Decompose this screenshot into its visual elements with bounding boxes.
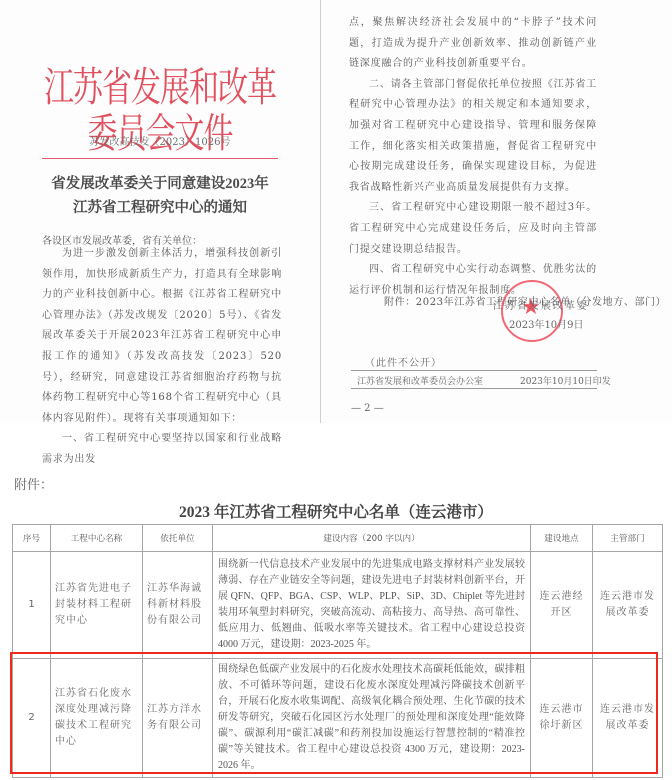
- column-header-unit: 依托单位: [143, 525, 213, 552]
- cell-location: 连云港经开区: [531, 552, 593, 659]
- notice-body-left: 为进一步激发创新主体活力，增强科技创新引领作用，加快形成新质生产力，打造具有全球…: [42, 244, 282, 471]
- column-header-no: 序号: [13, 525, 51, 552]
- cell-location: 连云港市徐圩新区: [531, 659, 593, 778]
- body-paragraph: 点，聚焦解决经济社会发展中的“卡脖子”技术问题，打造成为提升产业创新效率、推动创…: [349, 13, 597, 75]
- footer-divider-bottom: [351, 388, 597, 389]
- column-header-location: 建设地点: [531, 525, 593, 552]
- table-header-row: 序号 工程中心名称 依托单位 建设内容（200 字以内） 建设地点 主管部门: [13, 525, 663, 552]
- attachment-label: 附件：: [14, 474, 53, 493]
- cell-content: 围绕新一代信息技术产业发展中的先进集成电路支撑材料产业发展较薄弱、存在产业链安全…: [213, 552, 531, 659]
- footer-print-date: 2023年10月10日印发: [520, 374, 611, 387]
- footer-divider-top: [351, 370, 597, 371]
- issue-date: 2023年10月9日: [509, 316, 584, 331]
- confidentiality-note: （此件不公开）: [365, 354, 442, 369]
- notice-body-right: 点，聚焦解决经济社会发展中的“卡脖子”技术问题，打造成为提升产业创新效率、推动创…: [349, 13, 597, 301]
- attachment-title: 2023 年江苏省工程研究中心名单（连云港市）: [0, 500, 672, 522]
- cell-center-name: 江苏省先进电子封装材料工程研究中心: [51, 552, 143, 659]
- body-paragraph: 为进一步激发创新主体活力，增强科技创新引领作用，加快形成新质生产力，打造具有全球…: [42, 244, 282, 429]
- notice-title: 省发展改革委关于同意建设2023年 江苏省工程研究中心的通知: [0, 172, 320, 220]
- cell-department: 连云港市发展改革委: [593, 659, 663, 778]
- cell-host-unit: 江苏华海诚科新材料股份有限公司: [143, 552, 213, 659]
- page-number: — 2 —: [351, 403, 384, 414]
- issuer-name: 江苏省发展改革委: [493, 297, 589, 312]
- column-header-department: 主管部门: [593, 525, 663, 552]
- footer-office: 江苏省发展和改革委员会办公室: [357, 374, 483, 387]
- cell-department: 连云港市发展改革委: [593, 552, 663, 659]
- column-header-name: 工程中心名称: [51, 525, 143, 552]
- letterhead-divider: [42, 158, 278, 159]
- cell-no: 1: [13, 552, 51, 659]
- table-row: 1 江苏省先进电子封装材料工程研究中心 江苏华海诚科新材料股份有限公司 围绕新一…: [13, 552, 663, 659]
- notice-page-left: 江苏省发展和改革委员会文件 苏发改高技发〔2023〕1026号 省发展改革委关于…: [0, 0, 321, 423]
- table-row-highlighted: 2 江苏省石化废水深度处理减污降碳技术工程研究中心 江苏方洋水务有限公司 围绕绿…: [13, 659, 663, 778]
- cell-host-unit: 江苏方洋水务有限公司: [143, 659, 213, 778]
- body-paragraph: 一、省工程研究中心要坚持以国家和行业战略需求为出发: [42, 429, 282, 470]
- body-paragraph: 二、请各主管部门督促依托单位按照《江苏省工程研究中心管理办法》的相关规定和本通知…: [349, 75, 597, 199]
- cell-no: 2: [13, 659, 51, 778]
- cell-content: 围绕绿色低碳产业发展中的石化废水处理技术高碳耗低能效，碳排粗放、不可循环等问题，…: [213, 659, 531, 778]
- cell-center-name: 江苏省石化废水深度处理减污降碳技术工程研究中心: [51, 659, 143, 778]
- notice-title-line1: 省发展改革委关于同意建设2023年: [0, 172, 320, 196]
- engineering-centers-table: 序号 工程中心名称 依托单位 建设内容（200 字以内） 建设地点 主管部门 1…: [12, 524, 663, 778]
- body-paragraph: 三、省工程研究中心建设期限一般不超过3年。省工程研究中心完成建设任务后，应及时向…: [349, 198, 597, 260]
- notice-page-right: 点，聚焦解决经济社会发展中的“卡脖子”技术问题，打造成为提升产业创新效率、推动创…: [321, 0, 672, 423]
- document-number: 苏发改高技发〔2023〕1026号: [0, 133, 320, 148]
- column-header-content: 建设内容（200 字以内）: [213, 525, 531, 552]
- notice-title-line2: 江苏省工程研究中心的通知: [0, 196, 320, 220]
